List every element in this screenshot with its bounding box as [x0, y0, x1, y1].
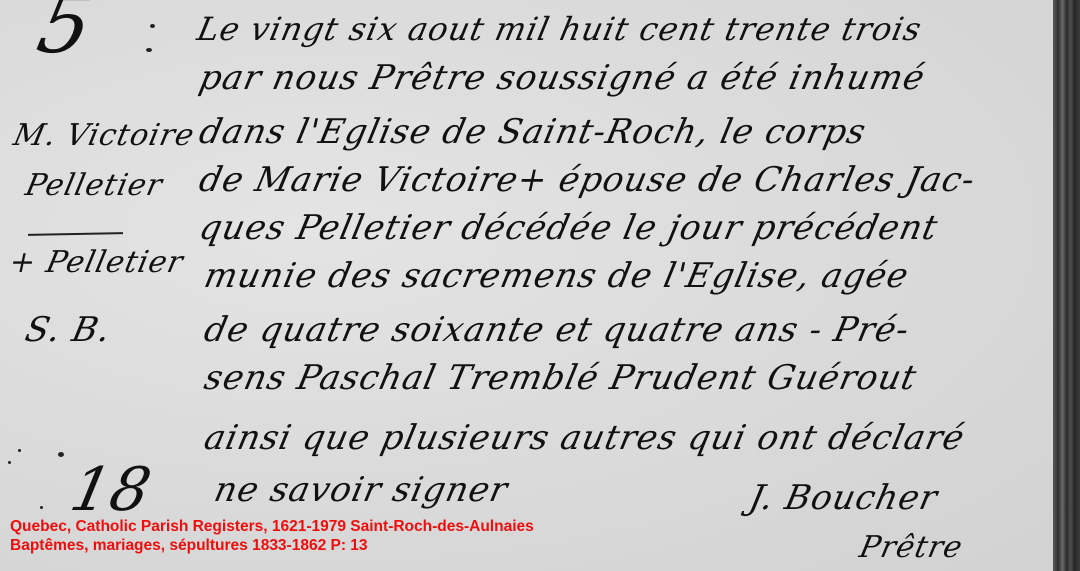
- body-line-5: ques Pelletier décédée le jour précédent: [196, 208, 942, 248]
- margin-divider: [28, 232, 123, 236]
- body-line-1: Le vingt six aout mil huit cent trente t…: [194, 10, 925, 48]
- margin-initials: S. B.: [22, 310, 115, 350]
- ink-speck: [146, 48, 152, 52]
- ink-speck: [150, 24, 155, 28]
- caption-line-1: Quebec, Catholic Parish Registers, 1621-…: [10, 517, 534, 536]
- ink-speck: [40, 506, 43, 509]
- ink-speck: [58, 452, 64, 457]
- body-line-2: par nous Prêtre soussigné a été inhumé: [196, 58, 929, 98]
- margin-name-line-3: + Pelletier: [6, 245, 186, 280]
- ink-speck: [18, 449, 21, 452]
- body-line-9: ainsi que plusieurs autres qui ont décla…: [201, 418, 969, 458]
- body-line-6: munie des sacremens de l'Eglise, agée: [201, 256, 913, 296]
- book-binding-edge: [1053, 0, 1080, 571]
- margin-name-line-2: Pelletier: [22, 168, 166, 203]
- body-line-8: sens Paschal Tremblé Prudent Guérout: [201, 358, 921, 398]
- body-line-7: de quatre soixante et quatre ans - Pré-: [201, 310, 914, 350]
- margin-bottom-number: 18: [65, 455, 158, 525]
- register-page-scan: 5 M. Victoire Pelletier + Pelletier S. B…: [0, 0, 1053, 571]
- caption-line-2: Baptêmes, mariages, sépultures 1833-1862…: [10, 536, 368, 555]
- entry-number: 5: [30, 0, 102, 71]
- signature-name: J. Boucher: [746, 478, 942, 518]
- ink-speck: [8, 461, 11, 464]
- body-line-10: ne savoir signer: [211, 470, 512, 510]
- body-line-4: de Marie Victoire+ épouse de Charles Jac…: [196, 160, 979, 200]
- margin-name-line-1: M. Victoire: [10, 118, 198, 153]
- body-line-3: dans l'Eglise de Saint-Roch, le corps: [196, 112, 870, 152]
- signature-title: Prêtre: [856, 530, 966, 565]
